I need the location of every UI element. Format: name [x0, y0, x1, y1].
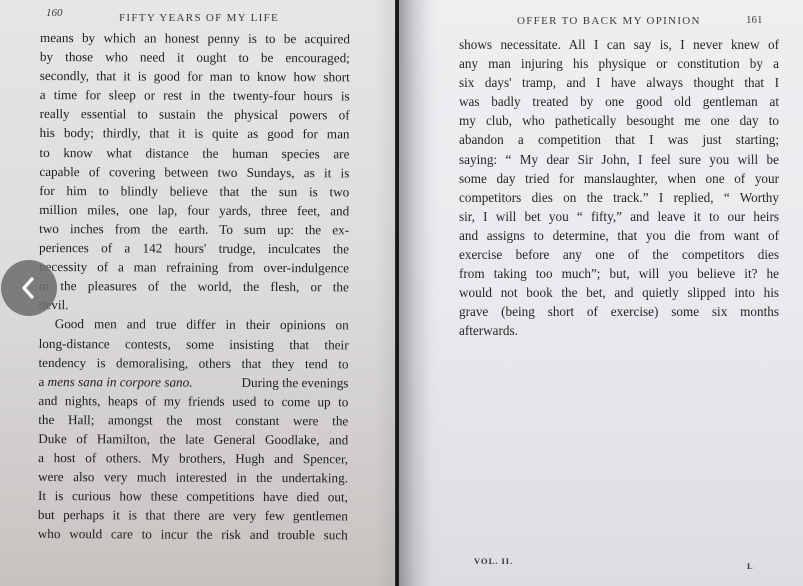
text-line: devil.: [39, 295, 349, 315]
text-line: a time for sleep or rest in the twenty-f…: [40, 85, 350, 105]
text-line: sir, I will bet you “ fifty,” and leave …: [459, 207, 779, 226]
text-line: long-distance contests, some insisting t…: [39, 333, 349, 353]
page-edge-shadow: [375, 0, 395, 586]
text-line: and assigns to determine, that you die f…: [459, 226, 779, 245]
book-viewer: 160 FIFTY YEARS OF MY LIFE means by whic…: [0, 0, 803, 586]
latin-suffix: During the evenings: [241, 373, 348, 393]
running-head-left: FIFTY YEARS OF MY LIFE: [119, 12, 279, 24]
text-line: by those who need it ought to be encoura…: [40, 47, 350, 67]
text-line: really essential to sustain the physical…: [40, 104, 350, 124]
text-line: who would care to incur the risk and tro…: [38, 524, 348, 544]
text-line: and nights, heaps of my friends used to …: [38, 391, 348, 411]
text-line: necessity of a man refraining from over-…: [39, 257, 349, 277]
text-line: six days' tramp, and I have always thoug…: [459, 73, 779, 92]
text-line: Good men and true differ in their opinio…: [39, 314, 349, 334]
text-line: two inches from the earth. To sum up: th…: [39, 219, 349, 239]
gutter-shadow: [399, 0, 441, 586]
text-line: means by which an honest penny is to be …: [40, 28, 350, 48]
text-line: abandon a competition that I was just st…: [459, 130, 779, 149]
right-page-body: shows necessitate. All I can say is, I n…: [459, 35, 779, 341]
text-line: would not book the bet, and quietly slip…: [459, 283, 779, 302]
left-page-body: means by which an honest penny is to be …: [38, 28, 350, 545]
page-number-left: 160: [46, 7, 63, 19]
text-line: a host of others. My brothers, Hugh and …: [38, 448, 348, 468]
text-line: some day tried for manslaughter, when on…: [459, 169, 779, 188]
right-page: OFFER TO BACK MY OPINION 161 shows neces…: [397, 0, 803, 586]
chevron-left-icon: [20, 277, 36, 299]
left-page: 160 FIFTY YEARS OF MY LIFE means by whic…: [0, 0, 397, 586]
text-line: from taking too much”; but, will you bel…: [459, 264, 779, 283]
text-line: capable of covering between two Sundays,…: [39, 162, 349, 182]
text-line: to know what distance the human species …: [39, 143, 349, 163]
text-line: were also very much interested in the un…: [38, 467, 348, 487]
text-line: periences of a 142 hours' trudge, inculc…: [39, 238, 349, 258]
text-line: but perhaps it is that there are very fe…: [38, 505, 348, 525]
text-line: million miles, one lap, four yards, thre…: [39, 200, 349, 220]
text-line: any man injuring his physique or constit…: [459, 54, 779, 73]
text-line: It is curious how these competitions hav…: [38, 486, 348, 506]
text-line: saying: “ My dear Sir John, I feel sure …: [459, 150, 779, 169]
book-gutter: [395, 0, 399, 586]
running-head-right: OFFER TO BACK MY OPINION: [517, 15, 701, 27]
text-line: grave (being short of exercise) some six…: [459, 302, 779, 321]
text-line: shows necessitate. All I can say is, I n…: [459, 35, 779, 54]
previous-page-button[interactable]: [1, 260, 57, 316]
text-line-latin: a mens sana in corpore sano. During the …: [38, 372, 348, 392]
text-line: my club, who pathetically besought me on…: [459, 111, 779, 130]
text-line: in the pleasures of the world, the flesh…: [39, 276, 349, 296]
text-line: competitors dies on the track.” I replie…: [459, 188, 779, 207]
text-line: for him to blindly believe that the sun …: [39, 181, 349, 201]
latin-phrase: mens sana in corpore sano.: [48, 374, 193, 390]
gathering-signature: L: [747, 561, 754, 571]
volume-signature: VOL. II.: [474, 556, 513, 566]
page-number-right: 161: [746, 14, 763, 26]
text-line: was badly treated by one good old gentle…: [459, 92, 779, 111]
text-line: Duke of Hamilton, the late General Goodl…: [38, 429, 348, 449]
text-line: exercise before any one of the competito…: [459, 245, 779, 264]
text-line: his body; thirdly, that it is quite as g…: [40, 123, 350, 143]
text-line: secondly, that it is good for man to kno…: [40, 66, 350, 86]
latin-prefix: a: [38, 374, 44, 389]
text-line: afterwards.: [459, 321, 779, 340]
text-line: the Hall; amongst the most constant were…: [38, 410, 348, 430]
text-line: tendency is demoralising, others that th…: [39, 353, 349, 373]
